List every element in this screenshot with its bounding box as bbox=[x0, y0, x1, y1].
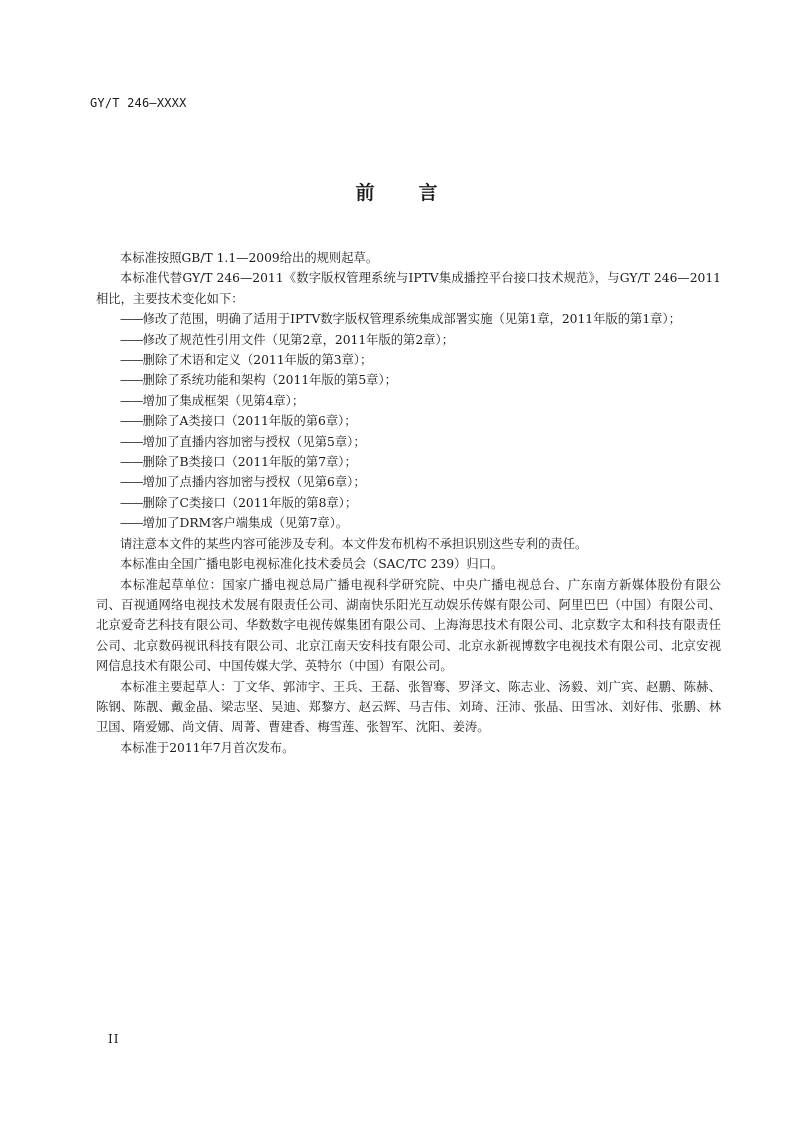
title-char-2: 言 bbox=[419, 178, 438, 205]
page-title: 前言 bbox=[0, 178, 793, 205]
dash-bullet: —— bbox=[120, 353, 143, 367]
list-item-text: 增加了集成框架（见第4章）； bbox=[143, 394, 305, 408]
dash-bullet: —— bbox=[120, 394, 143, 408]
paragraph-committee: 本标准由全国广播电影电视标准化技术委员会（SAC/TC 239）归口。 bbox=[96, 554, 721, 574]
dash-bullet: —— bbox=[120, 373, 143, 387]
list-item: ——删除了C类接口（2011年版的第8章）； bbox=[96, 493, 721, 513]
dash-bullet: —— bbox=[120, 455, 143, 469]
dash-bullet: —— bbox=[120, 516, 143, 530]
dash-bullet: —— bbox=[120, 333, 143, 347]
paragraph-drafters: 本标准主要起草人：丁文华、郭沛宇、王兵、王磊、张智骞、罗泽文、陈志业、汤毅、刘广… bbox=[96, 677, 721, 738]
list-item-text: 修改了范围，明确了适用于IPTV数字版权管理系统集成部署实施（见第1章，2011… bbox=[143, 312, 681, 326]
list-item: ——修改了规范性引用文件（见第2章，2011年版的第2章）； bbox=[96, 330, 721, 350]
dash-bullet: —— bbox=[120, 496, 143, 510]
list-item-text: 删除了术语和定义（2011年版的第3章）； bbox=[143, 353, 373, 367]
dash-bullet: —— bbox=[120, 435, 143, 449]
paragraph-drafting-rules: 本标准按照GB/T 1.1—2009给出的规则起草。 bbox=[96, 248, 721, 268]
paragraph-replaces: 本标准代替GY/T 246—2011《数字版权管理系统与IPTV集成播控平台接口… bbox=[96, 268, 721, 309]
dash-bullet: —— bbox=[120, 312, 143, 326]
list-item-text: 增加了点播内容加密与授权（见第6章）； bbox=[143, 475, 366, 489]
foreword-body: 本标准按照GB/T 1.1—2009给出的规则起草。 本标准代替GY/T 246… bbox=[96, 248, 721, 758]
list-item-text: 修改了规范性引用文件（见第2章，2011年版的第2章）； bbox=[143, 333, 454, 347]
page-number: II bbox=[108, 1032, 119, 1046]
list-item: ——增加了直播内容加密与授权（见第5章）； bbox=[96, 432, 721, 452]
list-item: ——删除了系统功能和架构（2011年版的第5章）； bbox=[96, 370, 721, 390]
list-item-text: 删除了A类接口（2011年版的第6章）； bbox=[143, 414, 357, 428]
list-item-text: 删除了B类接口（2011年版的第7章）； bbox=[143, 455, 357, 469]
paragraph-first-release: 本标准于2011年7月首次发布。 bbox=[96, 738, 721, 758]
list-item-text: 删除了C类接口（2011年版的第8章）； bbox=[143, 496, 358, 510]
paragraph-patent-notice: 请注意本文件的某些内容可能涉及专利。本文件发布机构不承担识别这些专利的责任。 bbox=[96, 534, 721, 554]
list-item: ——增加了集成框架（见第4章）； bbox=[96, 391, 721, 411]
list-item: ——删除了术语和定义（2011年版的第3章）； bbox=[96, 350, 721, 370]
dash-bullet: —— bbox=[120, 475, 143, 489]
list-item-text: 增加了DRM客户端集成（见第7章）。 bbox=[143, 516, 349, 530]
list-item: ——修改了范围，明确了适用于IPTV数字版权管理系统集成部署实施（见第1章，20… bbox=[96, 309, 721, 329]
list-item: ——删除了A类接口（2011年版的第6章）； bbox=[96, 411, 721, 431]
changes-list: ——修改了范围，明确了适用于IPTV数字版权管理系统集成部署实施（见第1章，20… bbox=[96, 309, 721, 533]
list-item-text: 增加了直播内容加密与授权（见第5章）； bbox=[143, 435, 366, 449]
list-item-text: 删除了系统功能和架构（2011年版的第5章）； bbox=[143, 373, 397, 387]
list-item: ——增加了点播内容加密与授权（见第6章）； bbox=[96, 472, 721, 492]
list-item: ——增加了DRM客户端集成（见第7章）。 bbox=[96, 513, 721, 533]
title-char-1: 前 bbox=[355, 178, 374, 205]
list-item: ——删除了B类接口（2011年版的第7章）； bbox=[96, 452, 721, 472]
dash-bullet: —— bbox=[120, 414, 143, 428]
standard-code-header: GY/T 246—XXXX bbox=[90, 96, 187, 110]
paragraph-drafting-units: 本标准起草单位：国家广播电视总局广播电视科学研究院、中央广播电视总台、广东南方新… bbox=[96, 575, 721, 677]
